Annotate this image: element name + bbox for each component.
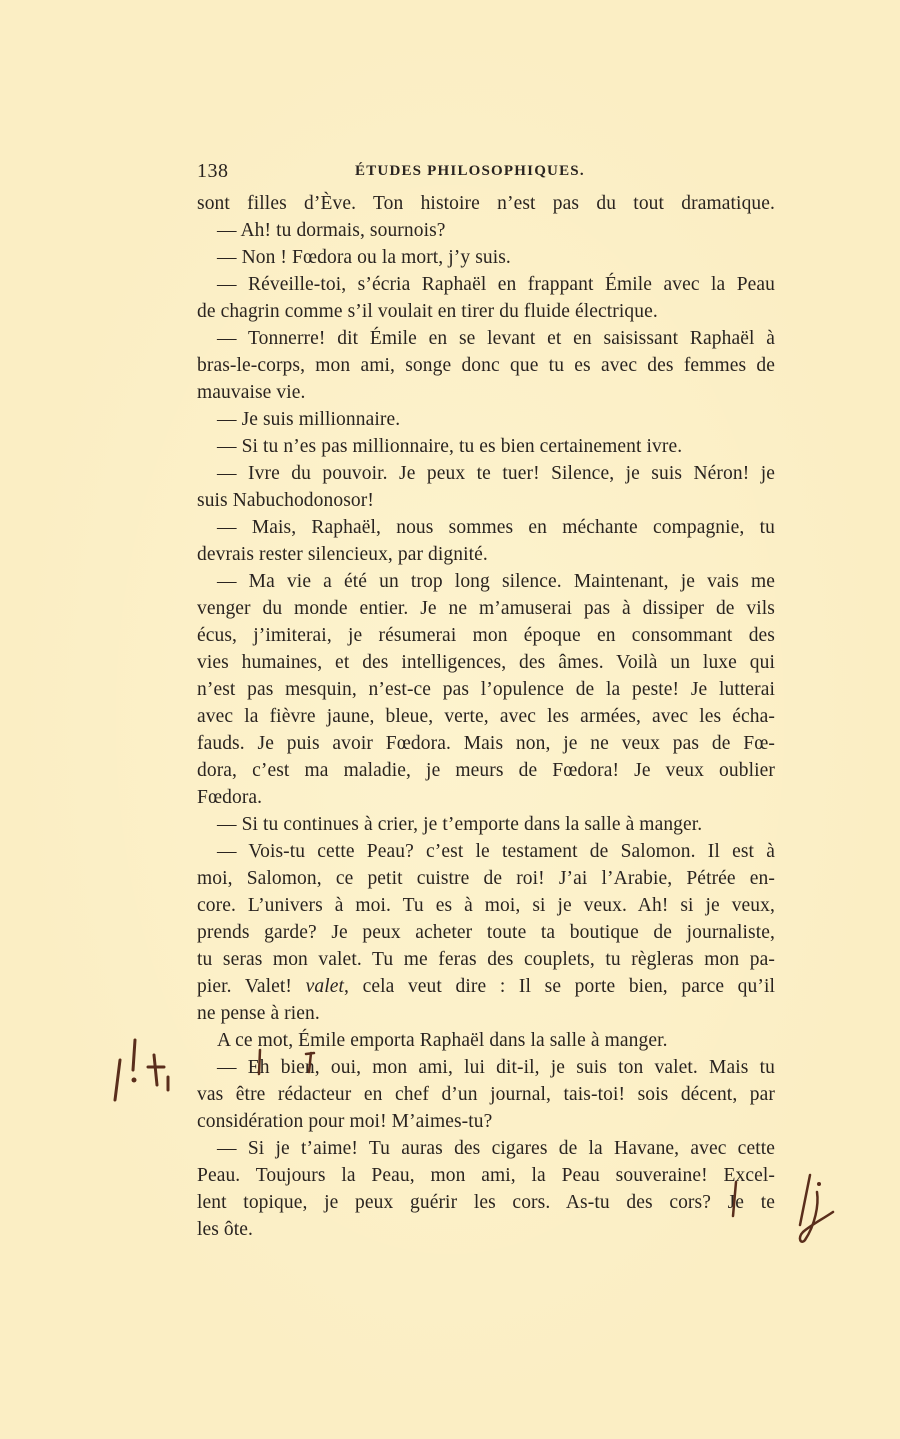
text-line: avec la fièvre jaune, bleue, verte, avec… (197, 703, 775, 730)
italic-word: valet (306, 976, 344, 997)
text-line: devrais rester silencieux, par dignité. (197, 541, 775, 568)
text-line: tu seras mon valet. Tu me feras des coup… (197, 946, 775, 973)
text-line: moi, Salomon, ce petit cuistre de roi! J… (197, 865, 775, 892)
text-line: considération pour moi! M’aimes-tu? (197, 1108, 775, 1135)
inline-proof-mark-icon (256, 1048, 264, 1076)
text-segment: pier. Valet! (197, 976, 306, 997)
text-line: ne pense à rien. (197, 1000, 775, 1027)
text-line: mauvaise vie. (197, 379, 775, 406)
text-line: les ôte. (197, 1216, 775, 1243)
text-line: vies humaines, et des intelligences, des… (197, 649, 775, 676)
text-line: Peau. Toujours la Peau, mon ami, la Peau… (197, 1162, 775, 1189)
text-line: — Ivre du pouvoir. Je peux te tuer! Sile… (197, 460, 775, 487)
text-line: — Vois-tu cette Peau? c’est le testament… (197, 838, 775, 865)
text-line: prends garde? Je peux acheter toute ta b… (197, 919, 775, 946)
text-line: écus, j’imiterai, je résumerai mon époqu… (197, 622, 775, 649)
running-title: ÉTUDES PHILOSOPHIQUES. (355, 163, 585, 180)
text-line: — Ma vie a été un trop long silence. Mai… (197, 568, 775, 595)
text-line: fauds. Je puis avoir Fœdora. Mais non, j… (197, 730, 775, 757)
text-line: venger du monde entier. Je ne m’amuserai… (197, 595, 775, 622)
text-line: sont filles d’Ève. Ton histoire n’est pa… (197, 190, 775, 217)
text-line: — Non ! Fœdora ou la mort, j’y suis. (197, 244, 775, 271)
text-line: core. L’univers à moi. Tu es à moi, si j… (197, 892, 775, 919)
text-line: dora, c’est ma maladie, je meurs de Fœdo… (197, 757, 775, 784)
text-line: — Ah! tu dormais, sournois? (197, 217, 775, 244)
text-line: suis Nabuchodonosor! (197, 487, 775, 514)
text-line: vas être rédacteur en chef d’un journal,… (197, 1081, 775, 1108)
text-line: pier. Valet! valet, cela veut dire : Il … (197, 973, 775, 1000)
text-line: n’est pas mesquin, n’est-ce pas l’opulen… (197, 676, 775, 703)
page-header: 138 ÉTUDES PHILOSOPHIQUES. (197, 160, 775, 186)
text-line: bras-le-corps, mon ami, songe donc que t… (197, 352, 775, 379)
body-text: sont filles d’Ève. Ton histoire n’est pa… (197, 190, 775, 1243)
text-line: — Si je t’aime! Tu auras des cigares de … (197, 1135, 775, 1162)
text-line: de chagrin comme s’il voulait en tirer d… (197, 298, 775, 325)
page-number: 138 (197, 160, 229, 183)
text-line: — Eh bien, oui, mon ami, lui dit-il, je … (197, 1054, 775, 1081)
text-line: — Réveille-toi, s’écria Raphaël en frapp… (197, 271, 775, 298)
left-margin-proof-mark-icon (100, 1025, 180, 1115)
right-margin-proof-mark-icon (795, 1170, 855, 1250)
text-line: — Tonnerre! dit Émile en se levant et en… (197, 325, 775, 352)
text-line: — Mais, Raphaël, nous sommes en méchante… (197, 514, 775, 541)
text-line: lent topique, je peux guérir les cors. A… (197, 1189, 775, 1216)
text-segment: , cela veut dire : Il se porte bien, par… (344, 976, 775, 997)
inline-proof-mark-icon (729, 1180, 741, 1220)
text-line: Fœdora. (197, 784, 775, 811)
inline-proof-mark-icon (304, 1050, 316, 1076)
text-line: — Si tu continues à crier, je t’emporte … (197, 811, 775, 838)
text-line: A ce mot, Émile emporta Raphaël dans la … (197, 1027, 775, 1054)
text-line: — Si tu n’es pas millionnaire, tu es bie… (197, 433, 775, 460)
text-line: — Je suis millionnaire. (197, 406, 775, 433)
